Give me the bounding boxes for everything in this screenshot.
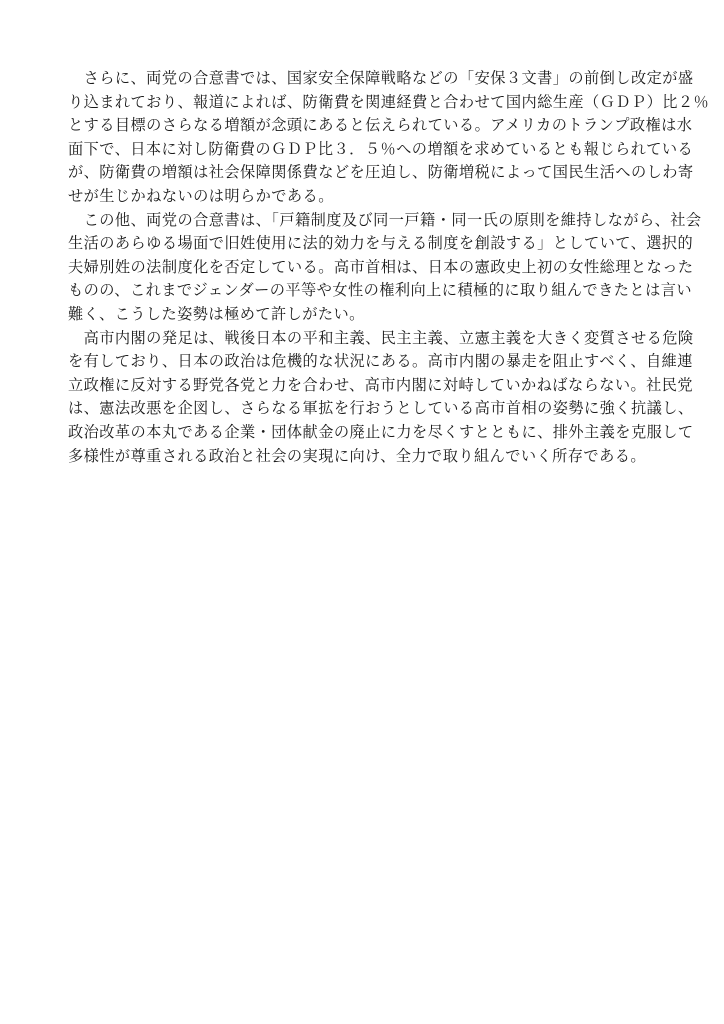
- text-line: 政治改革の本丸である企業・団体献金の廃止に力を尽くすとともに、排外主義を克服して: [68, 421, 660, 445]
- text-line: は、憲法改悪を企図し、さらなる軍拡を行おうとしている高市首相の姿勢に強く抗議し、: [68, 397, 660, 421]
- text-line: が、防衛費の増額は社会保障関係費などを圧迫し、防衛増税によって国民生活へのしわ寄: [68, 161, 660, 185]
- text-line: せが生じかねないのは明らかである。: [68, 185, 660, 209]
- text-line: を有しており、日本の政治は危機的な状況にある。高市内閣の暴走を阻止すべく、自維連: [68, 350, 660, 374]
- text-line: り込まれており、報道によれば、防衛費を関連経費と合わせて国内総生産（ＧＤＰ）比２…: [68, 91, 660, 115]
- text-line: 生活のあらゆる場面で旧姓使用に法的効力を与える制度を創設する」としていて、選択的: [68, 232, 660, 256]
- text-line: さらに、両党の合意書では、国家安全保障戦略などの「安保３文書」の前倒し改定が盛: [68, 67, 660, 91]
- paragraph-surname-system: この他、両党の合意書は、「戸籍制度及び同一戸籍・同一氏の原則を維持しながら、社会…: [68, 209, 660, 327]
- text-line: 立政権に反対する野党各党と力を合わせ、高市内閣に対峙していかねばならない。社民党: [68, 374, 660, 398]
- paragraph-defense-spending: さらに、両党の合意書では、国家安全保障戦略などの「安保３文書」の前倒し改定が盛 …: [68, 67, 660, 209]
- text-line: 難く、こうした姿勢は極めて許しがたい。: [68, 303, 660, 327]
- text-line: この他、両党の合意書は、「戸籍制度及び同一戸籍・同一氏の原則を維持しながら、社会: [68, 209, 660, 233]
- text-line: 高市内閣の発足は、戦後日本の平和主義、民主主義、立憲主義を大きく変質させる危険: [68, 327, 660, 351]
- text-line: 夫婦別姓の法制度化を否定している。高市首相は、日本の憲政史上初の女性総理となった: [68, 256, 660, 280]
- text-line: 多様性が尊重される政治と社会の実現に向け、全力で取り組んでいく所存である。: [68, 445, 660, 469]
- document-page: さらに、両党の合意書では、国家安全保障戦略などの「安保３文書」の前倒し改定が盛 …: [68, 67, 660, 468]
- text-line: 面下で、日本に対し防衛費のＧＤＰ比３．５％への増額を求めているとも報じられている: [68, 138, 660, 162]
- paragraph-conclusion: 高市内閣の発足は、戦後日本の平和主義、民主主義、立憲主義を大きく変質させる危険 …: [68, 327, 660, 469]
- text-line: とする目標のさらなる増額が念頭にあると伝えられている。アメリカのトランプ政権は水: [68, 114, 660, 138]
- text-line: ものの、これまでジェンダーの平等や女性の権利向上に積極的に取り組んできたとは言い: [68, 279, 660, 303]
